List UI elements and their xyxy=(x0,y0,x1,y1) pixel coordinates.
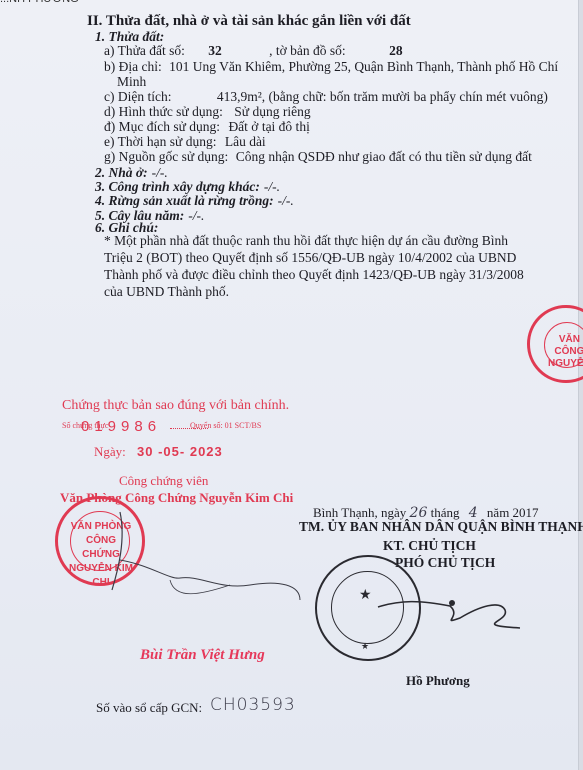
header-fragment: ...NH PHƯƠNG xyxy=(0,0,79,5)
term-row: e) Thời hạn sử dụng: Lâu dài xyxy=(104,134,266,150)
signing-place: Bình Thạnh, ngày xyxy=(313,505,406,520)
certification-date-value: 30 -05- 2023 xyxy=(137,444,223,459)
area-label: c) Diện tích: xyxy=(104,89,171,104)
certification-number: 019986 xyxy=(81,418,161,435)
certification-title: Chứng thực bản sao đúng với bản chính. xyxy=(62,398,289,414)
origin-row: g) Nguồn gốc sử dụng: Công nhận QSDĐ như… xyxy=(104,149,532,165)
parcel-label: a) Thửa đất số: xyxy=(104,43,185,58)
forest-value: -/-. xyxy=(278,193,294,208)
notary-seal-text: VĂN PHÒNG CÔNG CHỨNG NGUYỄN KIM CHI xyxy=(66,520,136,590)
origin-label: g) Nguồn gốc sử dụng: xyxy=(104,149,228,164)
notary-role: Công chứng viên xyxy=(119,473,208,489)
notes-text: * Một phần nhà đất thuộc ranh thu hồi đấ… xyxy=(104,232,534,300)
star-icon: ★ xyxy=(359,587,372,604)
map-label: , tờ bản đồ số: xyxy=(269,43,346,58)
gcn-number: CH03593 xyxy=(210,695,296,715)
purpose-row: đ) Mục đích sử dụng: Đất ở tại đô thị xyxy=(104,119,310,135)
month-label: tháng xyxy=(431,505,460,520)
address-line2: Minh xyxy=(117,74,146,90)
area-row: c) Diện tích: 413,9m², (bằng chữ: bốn tr… xyxy=(104,89,548,105)
address-label: b) Địa chỉ: xyxy=(104,59,162,74)
use-form-value: Sử dụng riêng xyxy=(234,104,310,119)
seal-partial-text: VĂNCÔNGNGUYỄN xyxy=(548,334,583,370)
section-title: II. Thửa đất, nhà ở và tài sản khác gắn … xyxy=(87,13,411,30)
parcel-number: 32 xyxy=(208,43,222,58)
notary-seal: VĂN PHÒNG CÔNG CHỨNG NGUYỄN KIM CHI xyxy=(55,496,145,586)
notary-signature-name: Bùi Trần Việt Hưng xyxy=(140,647,265,664)
term-label: e) Thời hạn sử dụng: xyxy=(104,134,216,149)
term-value: Lâu dài xyxy=(225,134,266,149)
issuing-organization: TM. ỦY BAN NHÂN DÂN QUẬN BÌNH THẠNH xyxy=(299,519,583,535)
origin-value: Công nhận QSDĐ như giao đất có thu tiền … xyxy=(236,149,532,164)
certification-date: Ngày: 30 -05- 2023 xyxy=(94,444,223,460)
certification-date-label: Ngày: xyxy=(94,444,126,459)
gcn-label: Số vào sổ cấp GCN: xyxy=(96,700,202,716)
forest-heading: 4. Rừng sản xuất là rừng trồng: xyxy=(95,193,274,208)
small-star-icon: ★ xyxy=(361,641,369,652)
address-row: b) Địa chỉ: 101 Ung Văn Khiêm, Phường 25… xyxy=(104,59,558,75)
area-value: 413,9m², (bằng chữ: bốn trăm mười ba phẩ… xyxy=(217,89,548,104)
purpose-label: đ) Mục đích sử dụng: xyxy=(104,119,220,134)
page-edge xyxy=(578,0,583,770)
signing-year: năm 2017 xyxy=(487,505,539,520)
signer-name: Hồ Phương xyxy=(406,673,470,689)
use-form-row: d) Hình thức sử dụng: Sử dụng riêng xyxy=(104,104,311,120)
certification-book: Quyển số: 01 SCT/BS xyxy=(190,421,261,430)
purpose-value: Đất ở tại đô thị xyxy=(228,119,309,134)
on-behalf-of: KT. CHỦ TỊCH xyxy=(383,538,476,554)
parcel-row: a) Thửa đất số: 32 , tờ bản đồ số: 28 xyxy=(104,43,403,59)
address-value: 101 Ung Văn Khiêm, Phường 25, Quận Bình … xyxy=(169,59,558,74)
perennial-value: -/-. xyxy=(188,208,204,223)
signer-position: PHÓ CHỦ TỊCH xyxy=(395,555,495,571)
official-seal: ★ ★ xyxy=(315,555,421,661)
use-form-label: d) Hình thức sử dụng: xyxy=(104,104,223,119)
map-number: 28 xyxy=(389,43,403,58)
